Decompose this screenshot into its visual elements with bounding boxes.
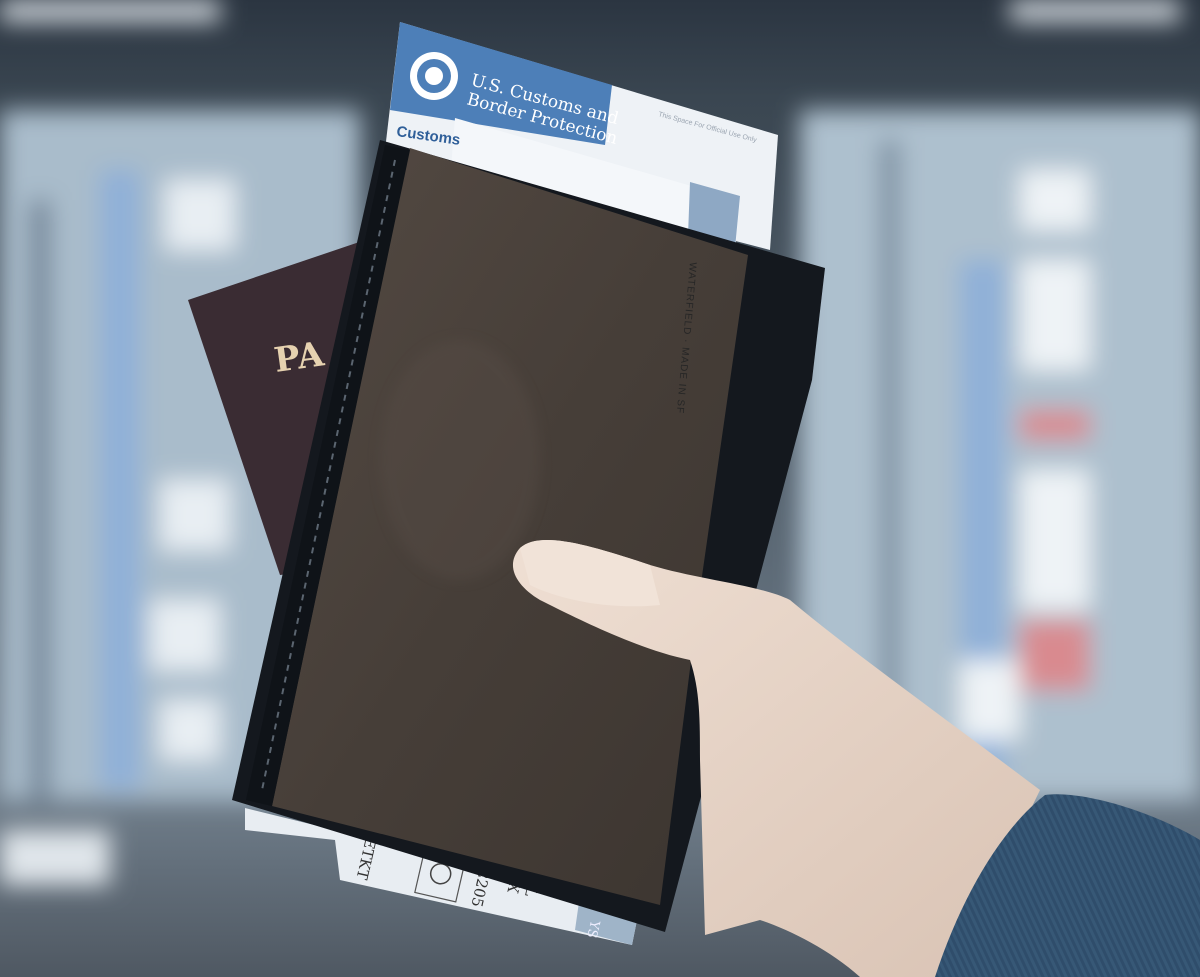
photo-scene: PA ETKT 2205 AX KL YS U.S. Customs and B… xyxy=(0,0,1200,977)
passport-cover-text: PA xyxy=(272,334,327,381)
dhs-seal-icon xyxy=(410,52,458,100)
